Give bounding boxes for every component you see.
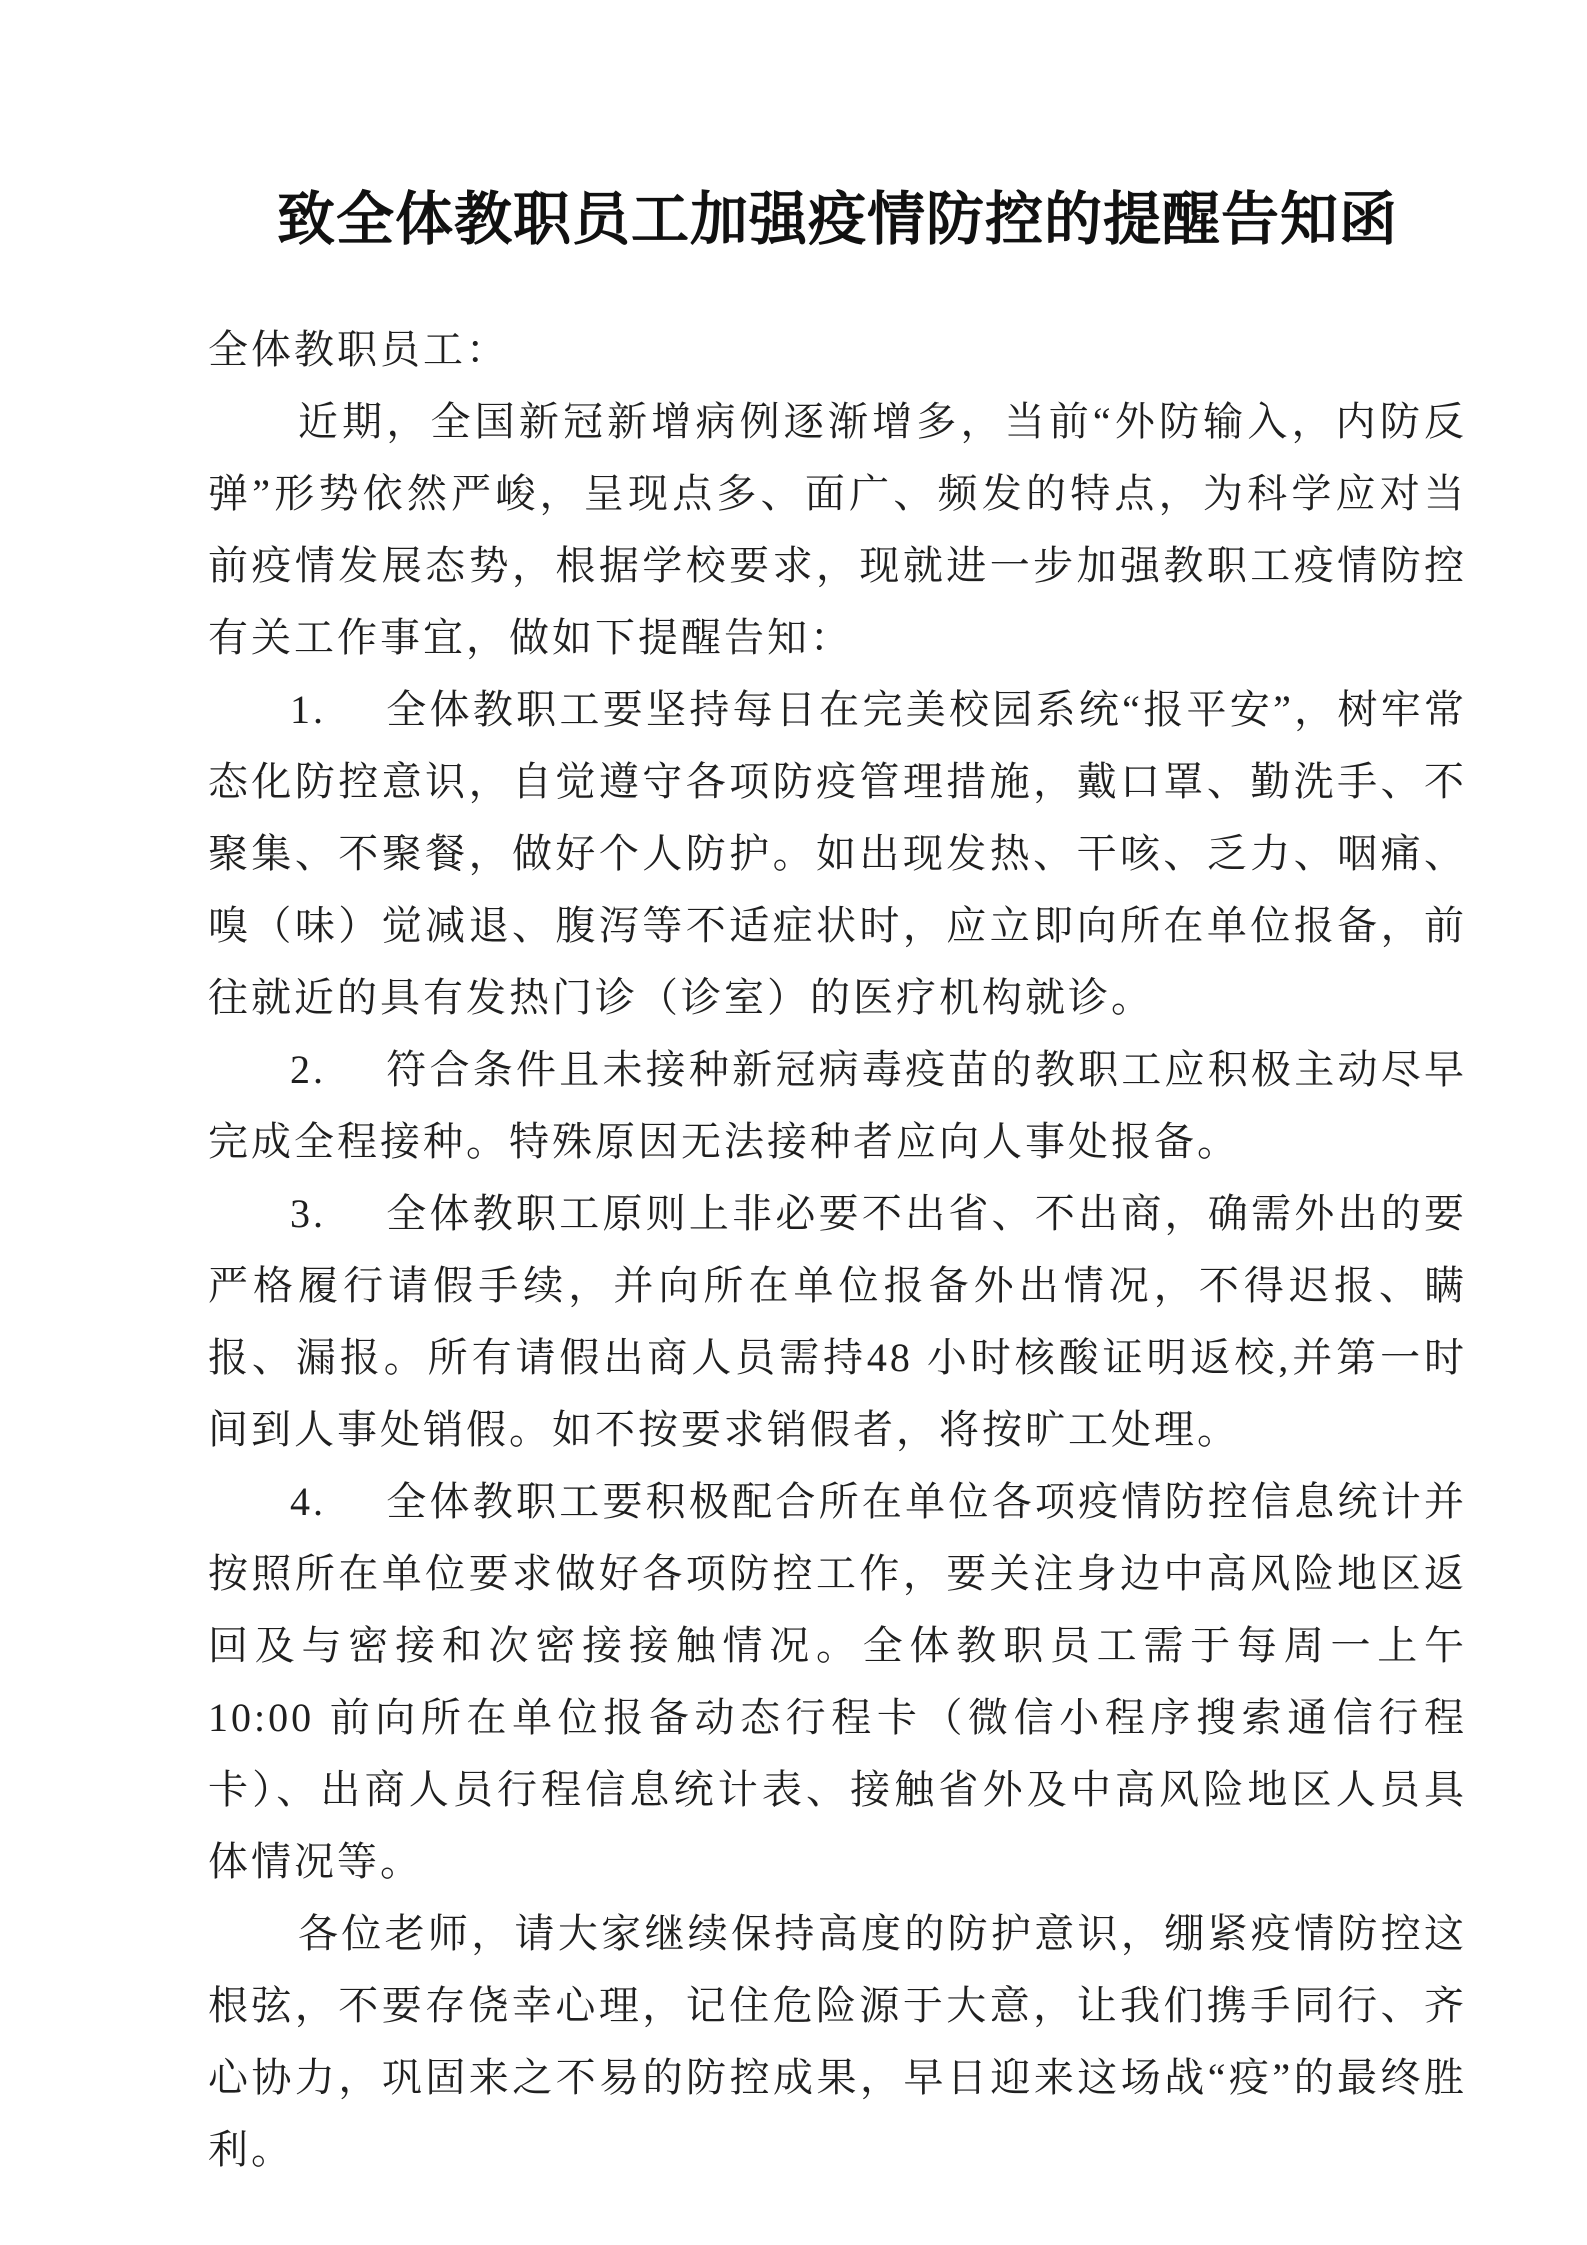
tab-spacer [326,1514,386,1515]
list-item-2: 2.符合条件且未接种新冠病毒疫苗的教职工应积极主动尽早完成全程接种。特殊原因无法… [208,1034,1467,1178]
paragraph-text: 近期，全国新冠新增病例逐渐增多，当前“外防输入，内防反弹”形势依然严峻，呈现点多… [208,399,1467,660]
list-item-3: 3.全体教职工原则上非必要不出省、不出商，确需外出的要严格履行请假手续，并向所在… [208,1178,1467,1466]
tab-spacer [326,1226,386,1227]
list-item-number: 3. [290,1191,326,1236]
list-item-text: 全体教职工要积极配合所在单位各项疫情防控信息统计并按照所在单位要求做好各项防控工… [208,1479,1467,1884]
document-body: 全体教职员工： 近期，全国新冠新增病例逐渐增多，当前“外防输入，内防反弹”形势依… [208,314,1467,2186]
list-item-text: 全体教职工原则上非必要不出省、不出商，确需外出的要严格履行请假手续，并向所在单位… [208,1191,1467,1452]
list-item-text: 全体教职工要坚持每日在完美校园系统“报平安”，树牢常态化防控意识，自觉遵守各项防… [208,687,1467,1020]
document-page: 致全体教职员工加强疫情防控的提醒告知函 全体教职员工： 近期，全国新冠新增病例逐… [0,0,1587,2245]
document-title: 致全体教职员工加强疫情防控的提醒告知函 [208,180,1467,260]
tab-spacer [326,1082,386,1083]
closing-paragraph: 各位老师，请大家继续保持高度的防护意识，绷紧疫情防控这根弦，不要存侥幸心理，记住… [208,1898,1467,2186]
list-item-4: 4.全体教职工要积极配合所在单位各项疫情防控信息统计并按照所在单位要求做好各项防… [208,1466,1467,1898]
list-item-1: 1.全体教职工要坚持每日在完美校园系统“报平安”，树牢常态化防控意识，自觉遵守各… [208,674,1467,1034]
salutation: 全体教职员工： [208,314,1467,386]
tab-spacer [326,722,386,723]
paragraph-text: 各位老师，请大家继续保持高度的防护意识，绷紧疫情防控这根弦，不要存侥幸心理，记住… [208,1911,1467,2172]
list-item-number: 4. [290,1479,326,1524]
list-item-number: 2. [290,1047,326,1092]
opening-paragraph: 近期，全国新冠新增病例逐渐增多，当前“外防输入，内防反弹”形势依然严峻，呈现点多… [208,386,1467,674]
list-item-number: 1. [290,687,326,732]
list-item-text: 符合条件且未接种新冠病毒疫苗的教职工应积极主动尽早完成全程接种。特殊原因无法接种… [208,1047,1467,1164]
